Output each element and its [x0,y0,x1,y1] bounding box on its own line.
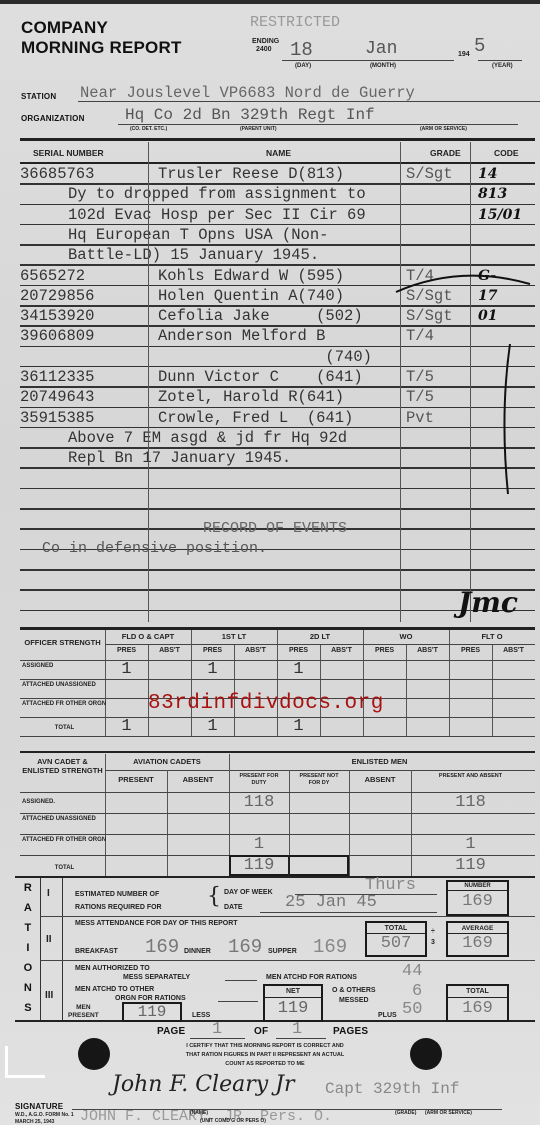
col-serial-number: SERIAL NUMBER [33,148,104,158]
divide-sign: ÷ [431,926,435,937]
others-value: 6 [412,982,422,1001]
pages-label: PAGES [333,1026,368,1037]
officer-strength-header: OFFICER STRENGTH [20,638,105,647]
signature-handwritten: John F. Cleary Jr [112,1072,295,1097]
form-number: W.D., A.G.O. FORM No. 1 MARCH 25, 1943 [15,1112,74,1125]
morning-report-form: COMPANY MORNING REPORT RESTRICTED ENDING… [0,4,540,1125]
roster-name: Battle-LD) 15 January 1945. [68,245,400,265]
average-box: AVERAGE 169 [446,921,509,957]
number-label: NUMBER [448,882,507,891]
roster-serial: 35915385 [20,408,148,428]
rations-letter: R [18,882,38,894]
officer-cell: 1 [105,660,148,679]
officer-cell: 1 [105,717,148,736]
officer-subcol-header: ABS'T [492,647,535,654]
report-year: 5 [474,35,485,57]
month-caption: (MONTH) [370,63,396,69]
roster-name: Dunn Victor C (641) [158,367,400,387]
men-present-box: 119 [122,1002,182,1022]
section-i-roman: I [47,888,50,899]
aviation-cadets-header: AVIATION CADETS [105,757,229,766]
men-atchd-label: MEN ATCHD FOR RATIONS [266,974,357,981]
enlisted-cell: 118 [411,792,530,813]
dinner-value: 169 [228,936,262,958]
roster-name: Anderson Melford B [158,326,400,346]
col-grade: GRADE [430,148,461,158]
year-prefix: 194 [458,51,470,58]
form-title: COMPANY MORNING REPORT [21,18,182,58]
net-box: NET 119 [263,984,323,1022]
officer-subcol-header: PRES [363,647,406,654]
roster-name: Holen Quentin A(740) [158,286,400,306]
plus-value: 50 [402,1000,422,1019]
enlisted-cell: 1 [229,834,289,855]
roster-serial: 39606809 [20,326,148,346]
atchd-other-1: MEN ATCHD TO OTHER [75,985,186,994]
restricted-stamp: RESTRICTED [250,14,340,31]
org-caption-parent: (PARENT UNIT) [240,126,277,132]
rations-total-label: TOTAL [448,986,507,998]
officer-row-label: TOTAL [22,725,107,732]
page-label: PAGE [157,1026,185,1037]
officer-group-header: 2D LT [277,632,363,641]
mess-total-box: TOTAL 507 [365,921,427,957]
caption-grade: (GRADE) [395,1110,416,1116]
roster-serial: 20729856 [20,286,148,306]
roster-name: Above 7 EM asgd & jd fr Hq 92d [68,428,400,448]
enlisted-col-header: PRESENT NOT FOR DY [289,773,349,787]
certify-line-2: THAT RATION FIGURES IN PART II REPRESENT… [140,1051,390,1060]
officer-subcol-header: PRES [191,647,234,654]
mess-total-value: 507 [367,934,425,954]
caption-command: (UNIT COMD'G OR PERS O) [200,1118,266,1124]
report-day: 18 [290,39,313,61]
of-value: 1 [292,1020,302,1039]
officer-subcol-header: ABS'T [320,647,363,654]
men-present-value: 119 [124,1004,180,1021]
roster-name: Crowle, Fred L (641) [158,408,400,428]
rations-total-value: 169 [448,998,507,1020]
record-of-events-title: RECORD OF EVENTS [150,520,400,537]
roster-name: Hq European T Opns USA (Non- [68,225,400,245]
section-ii-roman: II [46,934,52,945]
supper-label: SUPPER [268,948,297,955]
col-code: CODE [494,148,519,158]
officer-group-header: 1ST LT [191,632,277,641]
less-label: LESS [192,1012,210,1019]
ending-label: ENDING 2400 [252,38,279,54]
enlisted-cell: 118 [229,792,289,813]
enlisted-col-header: PRESENT FOR DUTY [229,773,289,787]
enlisted-strength-header: AVN CADET & ENLISTED STRENGTH [20,757,105,775]
roster-serial: 20749643 [20,387,148,407]
date-label: DATE [224,904,243,911]
others-messed-label: O & OTHERS MESSED [332,986,376,1006]
roster-serial: 36112335 [20,367,148,387]
section-i-label-1: ESTIMATED NUMBER OF [75,888,162,901]
auth-label-2: MESS SEPARATELY [75,973,190,982]
watermark: 83rdinfdivdocs.org [148,692,384,715]
men-present-label: MEN PRESENT [68,1004,99,1020]
officer-group-header: FLT O [449,632,535,641]
officer-cell: 1 [277,660,320,679]
officer-cell: 1 [277,717,320,736]
roster-serial: 6565272 [20,266,148,286]
enlisted-row-label: ASSIGNED. [22,799,107,806]
title-line-2: MORNING REPORT [21,38,182,58]
rations-letter: S [18,1002,38,1014]
certification-text: I CERTIFY THAT THIS MORNING REPORT IS CO… [140,1042,390,1069]
roster-serial: 36685763 [20,164,148,184]
roster-name: 102d Evac Hosp per Sec II Cir 69 [68,205,400,225]
enlisted-col-header: ABSENT [349,776,411,783]
enlisted-row-label: ATTACHED UNASSIGNED [22,816,107,823]
date-value: 25 Jan 45 [285,893,377,912]
enlisted-cell: 1 [411,834,530,855]
section-i-label-2: RATIONS REQUIRED FOR [75,901,162,914]
men-present-label-2: PRESENT [68,1012,99,1020]
roster-name: Repl Bn 17 January 1945. [68,448,400,468]
officer-group-header: WO [363,632,449,641]
punch-hole-right [410,1038,442,1070]
certify-line-3: COUNT AS REPORTED TO ME [140,1060,390,1069]
ending-label-1: ENDING [252,38,279,46]
men-atchd-value: 44 [402,962,422,981]
officer-cell: 1 [191,717,234,736]
grade-service-value: Capt 329th Inf [325,1080,459,1098]
roster-name: (740) [158,347,400,367]
initials-handwritten: Jmc [458,586,518,619]
table-row: Dy to dropped from assignment to813 [0,184,540,204]
org-caption-unit: (CO. DET. ETC.) [130,126,167,132]
officer-group-header: FLD O & CAPT [105,632,191,641]
officer-row-label: ATTACHED UNASSIGNED [22,682,107,689]
roster-name: Zotel, Harold R(641) [158,387,400,407]
station-value: Near Jouslevel VP6683 Nord de Guerry [80,84,415,102]
roster-name: Dy to dropped from assignment to [68,184,400,204]
punch-hole-left [78,1038,110,1070]
average-value: 169 [448,934,507,954]
table-row: 102d Evac Hosp per Sec II Cir 6915/01 [0,205,540,225]
report-month: Jan [365,39,397,59]
rations-letter: O [18,962,38,974]
caption-arm: (ARM OR SERVICE) [425,1110,472,1116]
org-caption-arm: (ARM OR SERVICE) [420,126,467,132]
rations-letter: T [18,922,38,934]
organization-label: ORGANIZATION [21,114,85,123]
officer-row-label: ATTACHED FR OTHER ORGN [22,701,107,708]
caption-name: (NAME) [190,1110,208,1116]
mess-total-label: TOTAL [367,923,425,934]
roster-code: 813 [478,184,538,204]
signature-label: SIGNATURE [15,1102,63,1111]
others-label-1: O & OTHERS [332,986,376,996]
roster-serial: 34153920 [20,306,148,326]
form-line-1: W.D., A.G.O. FORM No. 1 [15,1112,74,1119]
number-box: NUMBER 169 [446,880,509,916]
form-line-2: MARCH 25, 1943 [15,1119,74,1125]
table-row: Hq European T Opns USA (Non- [0,225,540,245]
enlisted-men-header: ENLISTED MEN [229,757,530,766]
enlisted-row-label: ATTACHED FR OTHER ORGN [22,837,107,844]
enlisted-col-header: ABSENT [167,776,229,783]
col-name: NAME [266,148,291,158]
average-label: AVERAGE [448,923,507,934]
organization-value: Hq Co 2d Bn 329th Regt Inf [125,106,375,124]
year-caption: (YEAR) [492,63,513,69]
roster-name: Cefolia Jake (502) [158,306,400,326]
dinner-label: DINNER [184,948,211,955]
officer-subcol-header: PRES [277,647,320,654]
roster-code: 15/01 [478,205,538,225]
breakfast-value: 169 [145,936,179,958]
roster-name: Kohls Edward W (595) [158,266,400,286]
rations-total-box: TOTAL 169 [446,984,509,1022]
section-i-label: ESTIMATED NUMBER OF RATIONS REQUIRED FOR [75,888,162,914]
roster-code: 14 [478,164,538,184]
day-of-week-label: DAY OF WEEK [224,889,273,896]
rations-letter: N [18,982,38,994]
rations-letter: I [18,942,38,954]
handwritten-bracket-icon [390,254,540,554]
divisor: 3 [431,937,435,948]
net-value: 119 [265,998,321,1020]
page-value: 1 [212,1020,222,1039]
day-caption: (DAY) [295,63,311,69]
men-present-label-1: MEN [68,1004,99,1012]
rations-letter: A [18,902,38,914]
officer-subcol-header: ABS'T [406,647,449,654]
certify-line-1: I CERTIFY THAT THIS MORNING REPORT IS CO… [140,1042,390,1051]
officer-subcol-header: PRES [105,647,148,654]
divide-by: ÷ 3 [431,926,435,948]
number-value: 169 [448,891,507,913]
plus-label: PLUS [378,1012,397,1019]
section-iii-roman: III [45,990,53,1001]
record-of-events-text: Co in defensive position. [42,540,267,557]
of-label: OF [254,1026,268,1037]
roster-grade: S/Sgt [406,164,470,184]
ending-label-2: 2400 [252,46,279,54]
mess-separately-label: MEN AUTHORIZED TO MESS SEPARATELY [75,964,190,982]
breakfast-label: BREAKFAST [75,948,118,955]
supper-value: 169 [313,936,347,958]
officer-subcol-header: PRES [449,647,492,654]
roster-name: Trusler Reese D(813) [158,164,400,184]
officer-cell: 1 [191,660,234,679]
others-label-2: MESSED [332,996,376,1006]
enlisted-cell: 119 [411,855,530,876]
auth-label-1: MEN AUTHORIZED TO [75,964,190,973]
net-label: NET [265,986,321,998]
section-ii-label: MESS ATTENDANCE FOR DAY OF THIS REPORT [75,920,238,927]
atchd-other-label: MEN ATCHD TO OTHER ORGN FOR RATIONS [75,985,186,1003]
enlisted-row-label: TOTAL [22,865,107,872]
officer-subcol-header: ABS'T [234,647,277,654]
table-row: 36685763Trusler Reese D(813)S/Sgt14 [0,164,540,184]
title-line-1: COMPANY [21,18,182,38]
enlisted-col-header: PRESENT [105,776,167,783]
officer-row-label: ASSIGNED [22,663,107,670]
enlisted-col-header: PRESENT AND ABSENT [411,773,530,780]
officer-subcol-header: ABS'T [148,647,191,654]
station-label: STATION [21,92,56,101]
